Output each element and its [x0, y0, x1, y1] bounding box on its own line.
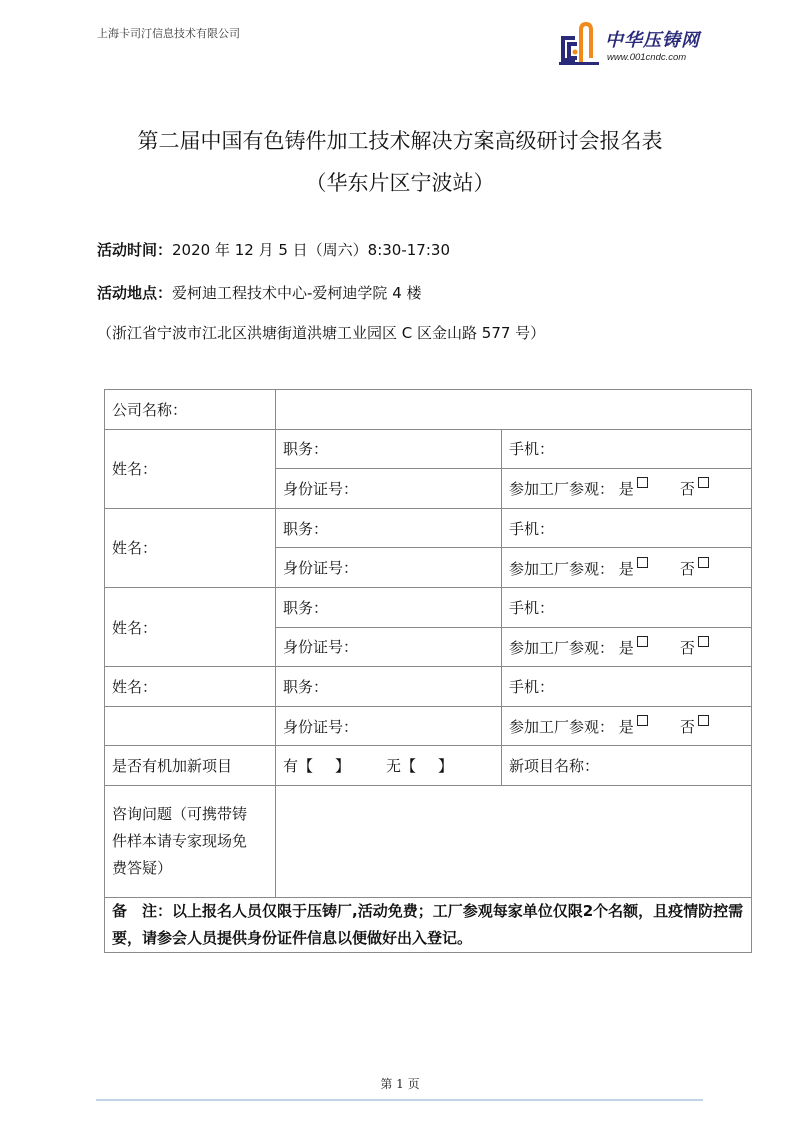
note-row: 备 注：以上报名人员仅限于压铸厂,活动免费；工厂参观每家单位仅限2个名额，且疫情… — [105, 897, 752, 952]
visit-yes-checkbox[interactable] — [637, 477, 648, 488]
visit-no-label: 否 — [680, 560, 695, 578]
attendee-id-field[interactable]: 身份证号： — [276, 706, 502, 746]
visit-yes-checkbox[interactable] — [637, 636, 648, 647]
company-row: 公司名称： — [105, 390, 752, 430]
event-time-value: 2020 年 12 月 5 日（周六）8:30-17:30 — [172, 241, 450, 259]
attendee-visit-cell: 参加工厂参观： 是否 — [502, 706, 752, 746]
consult-row: 咨询问题（可携带铸 件样本请专家现场免 费答疑） — [105, 785, 752, 897]
attendee-row: 姓名： 职务： 手机： — [105, 429, 752, 469]
document-title: 第二届中国有色铸件加工技术解决方案高级研讨会报名表 — [0, 125, 800, 155]
attendee-phone-field[interactable]: 手机： — [502, 667, 752, 707]
event-address: （浙江省宁波市江北区洪塘街道洪塘工业园区 C 区金山路 577 号） — [97, 322, 545, 343]
visit-yes-label: 是 — [619, 480, 634, 498]
new-project-none[interactable]: 无【 — [386, 757, 416, 775]
event-place: 活动地点：爱柯迪工程技术中心-爱柯迪学院 4 楼 — [97, 282, 422, 303]
consult-label-line: 咨询问题（可携带铸 — [112, 801, 268, 828]
attendee-id-field[interactable]: 身份证号： — [276, 548, 502, 588]
visit-label: 参加工厂参观： — [509, 480, 614, 498]
attendee-row: 姓名： 职务： 手机： — [105, 667, 752, 707]
event-time: 活动时间：2020 年 12 月 5 日（周六）8:30-17:30 — [97, 239, 450, 260]
visit-label: 参加工厂参观： — [509, 639, 614, 657]
company-label: 公司名称： — [105, 390, 276, 430]
event-place-value: 爱柯迪工程技术中心-爱柯迪学院 4 楼 — [172, 284, 422, 302]
visit-label: 参加工厂参观： — [509, 560, 614, 578]
attendee-name-field[interactable]: 姓名： — [105, 429, 276, 508]
registration-form-table: 公司名称： 姓名： 职务： 手机： 身份证号： 参加工厂参观： 是否 姓名： 职… — [104, 389, 752, 953]
new-project-has-close: 】 — [335, 757, 350, 775]
page-number: 第 1 页 — [0, 1075, 800, 1092]
visit-no-checkbox[interactable] — [698, 636, 709, 647]
visit-yes-checkbox[interactable] — [637, 715, 648, 726]
visit-no-checkbox[interactable] — [698, 557, 709, 568]
note-text: 备 注：以上报名人员仅限于压铸厂,活动免费；工厂参观每家单位仅限2个名额，且疫情… — [105, 897, 752, 952]
site-logo: 中华压铸网 www.001cndc.com — [555, 18, 705, 68]
visit-yes-checkbox[interactable] — [637, 557, 648, 568]
visit-no-label: 否 — [680, 639, 695, 657]
new-project-none-close: 】 — [438, 757, 453, 775]
attendee-phone-field[interactable]: 手机： — [502, 429, 752, 469]
attendee-visit-cell: 参加工厂参观： 是否 — [502, 469, 752, 509]
attendee-row: 姓名： 职务： 手机： — [105, 508, 752, 548]
visit-yes-label: 是 — [619, 718, 634, 736]
visit-yes-label: 是 — [619, 560, 634, 578]
attendee-empty-cell[interactable] — [105, 706, 276, 746]
footer-divider — [96, 1099, 703, 1101]
document-subtitle: （华东片区宁波站） — [0, 167, 800, 197]
attendee-row: 姓名： 职务： 手机： — [105, 587, 752, 627]
event-place-label: 活动地点： — [97, 284, 172, 302]
visit-no-checkbox[interactable] — [698, 477, 709, 488]
attendee-phone-field[interactable]: 手机： — [502, 587, 752, 627]
company-field[interactable] — [276, 390, 752, 430]
visit-yes-label: 是 — [619, 639, 634, 657]
new-project-label: 是否有机加新项目 — [105, 746, 276, 786]
visit-label: 参加工厂参观： — [509, 718, 614, 736]
attendee-phone-field[interactable]: 手机： — [502, 508, 752, 548]
attendee-visit-cell: 参加工厂参观： 是否 — [502, 548, 752, 588]
consult-label-line: 费答疑） — [112, 855, 268, 882]
attendee-name-field[interactable]: 姓名： — [105, 667, 276, 707]
new-project-has[interactable]: 有【 — [283, 757, 313, 775]
attendee-visit-cell: 参加工厂参观： 是否 — [502, 627, 752, 667]
logo-url: www.001cndc.com — [607, 52, 686, 63]
visit-no-label: 否 — [680, 480, 695, 498]
attendee-row: 身份证号： 参加工厂参观： 是否 — [105, 706, 752, 746]
new-project-row: 是否有机加新项目 有【】无【】 新项目名称： — [105, 746, 752, 786]
attendee-position-field[interactable]: 职务： — [276, 587, 502, 627]
logo-text-cn: 中华压铸网 — [605, 26, 700, 52]
attendee-position-field[interactable]: 职务： — [276, 429, 502, 469]
new-project-choice-cell: 有【】无【】 — [276, 746, 502, 786]
visit-no-label: 否 — [680, 718, 695, 736]
header-company-name: 上海卡司汀信息技术有限公司 — [97, 25, 240, 41]
attendee-name-field[interactable]: 姓名： — [105, 587, 276, 666]
attendee-position-field[interactable]: 职务： — [276, 667, 502, 707]
attendee-position-field[interactable]: 职务： — [276, 508, 502, 548]
logo-mark-icon — [555, 18, 605, 66]
new-project-name-field[interactable]: 新项目名称： — [502, 746, 752, 786]
visit-no-checkbox[interactable] — [698, 715, 709, 726]
attendee-id-field[interactable]: 身份证号： — [276, 627, 502, 667]
consult-label-line: 件样本请专家现场免 — [112, 828, 268, 855]
attendee-id-field[interactable]: 身份证号： — [276, 469, 502, 509]
event-time-label: 活动时间： — [97, 241, 172, 259]
consult-label: 咨询问题（可携带铸 件样本请专家现场免 费答疑） — [105, 785, 276, 897]
attendee-name-field[interactable]: 姓名： — [105, 508, 276, 587]
consult-field[interactable] — [276, 785, 752, 897]
